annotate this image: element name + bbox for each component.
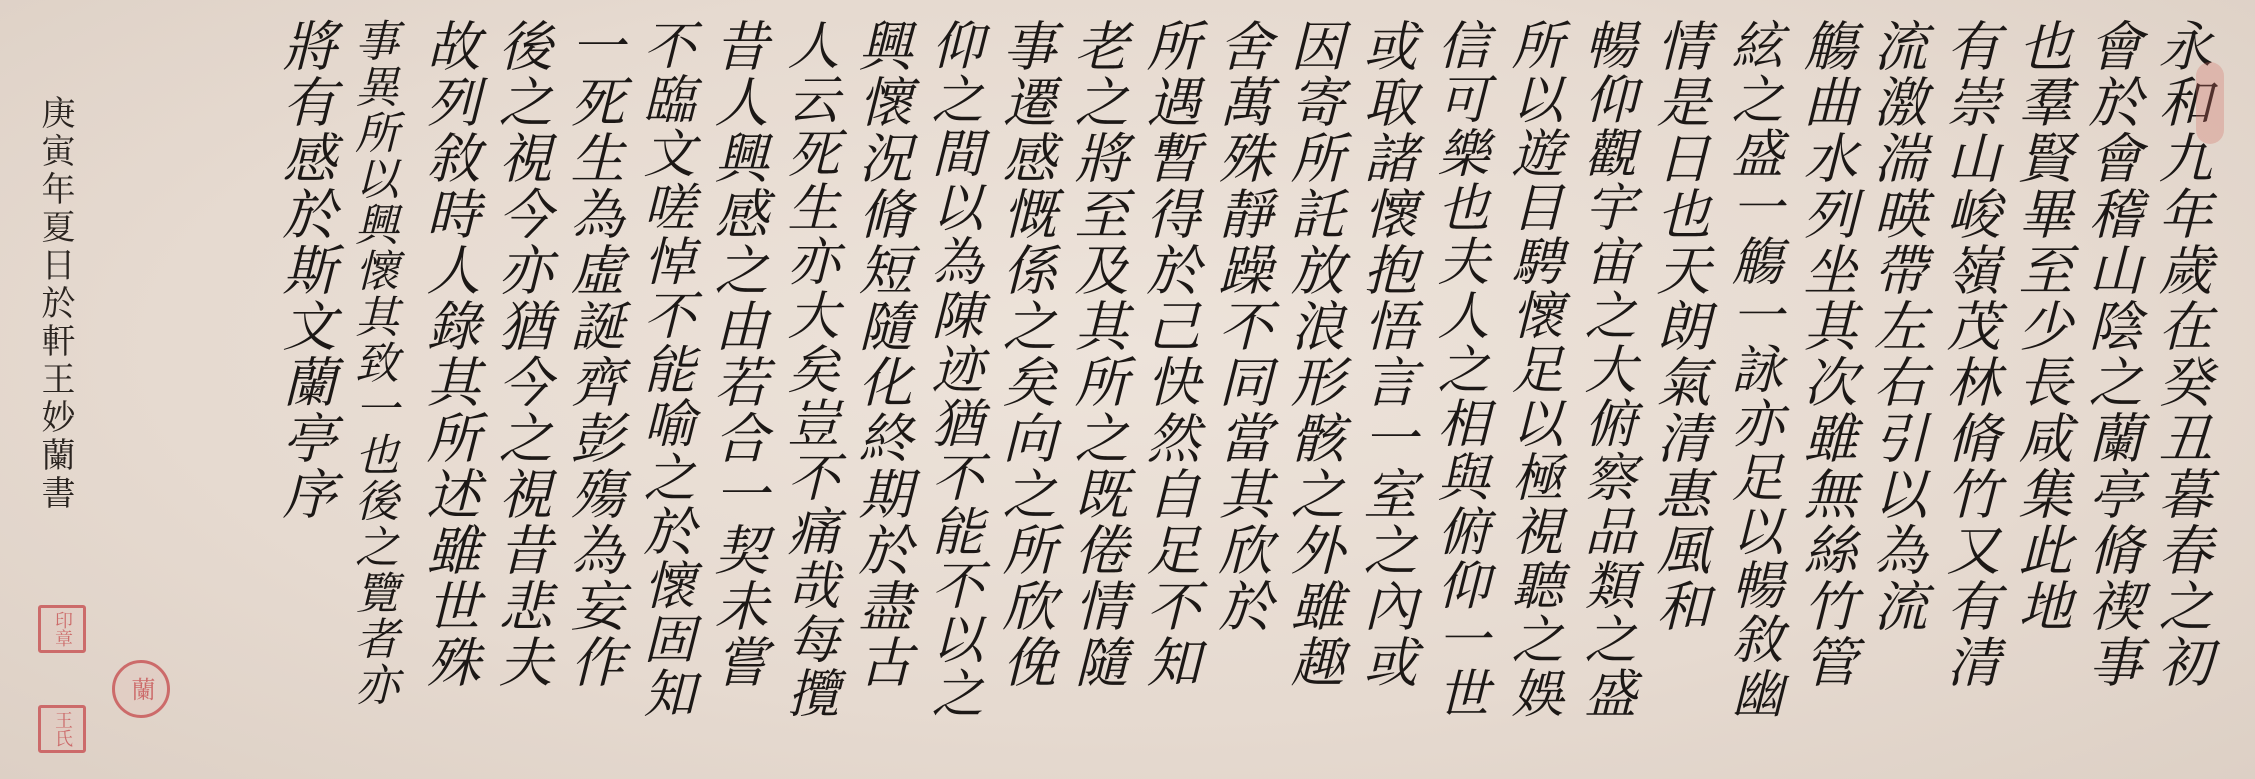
text-column: 興懷況脩短隨化終期於盡古	[850, 18, 912, 690]
text-column: 也羣賢畢至少長咸集此地	[2010, 18, 2072, 634]
text-column: 情是日也天朗氣清惠風和	[1648, 18, 1710, 634]
text-column: 將有感於斯文蘭亭序	[274, 18, 336, 522]
text-column: 觴曲水列坐其次雖無絲竹管	[1795, 18, 1857, 690]
text-column: 舍萬殊靜躁不同當其欣於	[1210, 18, 1272, 634]
text-column: 信可樂也夫人之相與俯仰一世	[1428, 18, 1488, 720]
calligraphy-scroll: 永和九年歲在癸丑暮春之初會於會稽山陰之蘭亭脩禊事也羣賢畢至少長咸集此地有崇山峻嶺…	[0, 0, 2255, 779]
text-column: 因寄所託放浪形骸之外雖趣	[1282, 18, 1344, 690]
seal-stamp-square: 印章	[38, 605, 86, 653]
text-column: 會於會稽山陰之蘭亭脩禊事	[2080, 18, 2142, 690]
text-column: 所遇暫得於己快然自足不知	[1138, 18, 1200, 690]
text-column: 絃之盛一觴一詠亦足以暢敘幽	[1722, 18, 1782, 720]
text-column: 老之將至及其所之既倦情隨	[1066, 18, 1128, 690]
text-column: 後之視今亦猶今之視昔悲夫	[490, 18, 552, 690]
text-column: 或取諸懷抱悟言一室之內或	[1355, 18, 1417, 690]
text-column: 人云死生亦大矣豈不痛哉每攬	[778, 18, 838, 720]
seal-stamp-oval	[2196, 62, 2224, 144]
text-column: 一死生為虛誕齊彭殤為妄作	[562, 18, 624, 690]
text-column: 昔人興感之由若合一契未嘗	[706, 18, 768, 690]
text-column: 故列敘時人錄其所述雖世殊	[418, 18, 480, 690]
text-column: 所以遊目騁懷足以極視聽之娛	[1502, 18, 1562, 720]
text-column: 有崇山峻嶺茂林脩竹又有清	[1938, 18, 2000, 690]
text-column: 仰之間以為陳迹猶不能不以之	[922, 18, 982, 720]
seal-stamp-round: 蘭	[112, 660, 170, 718]
signature-inscription: 庚寅年夏日於軒王妙蘭書	[35, 95, 75, 513]
seal-stamp-square: 王氏	[38, 705, 86, 753]
text-column: 流激湍暎帶左右引以為流	[1865, 18, 1927, 634]
text-column: 不臨文嗟悼不能喻之於懷固知	[634, 18, 694, 720]
text-column: 暢仰觀宇宙之大俯察品類之盛	[1575, 18, 1635, 720]
text-column: 事遷感慨係之矣向之所欣俛	[994, 18, 1056, 690]
text-column: 事異所以興懷其致一也後之覽者亦	[346, 18, 398, 708]
